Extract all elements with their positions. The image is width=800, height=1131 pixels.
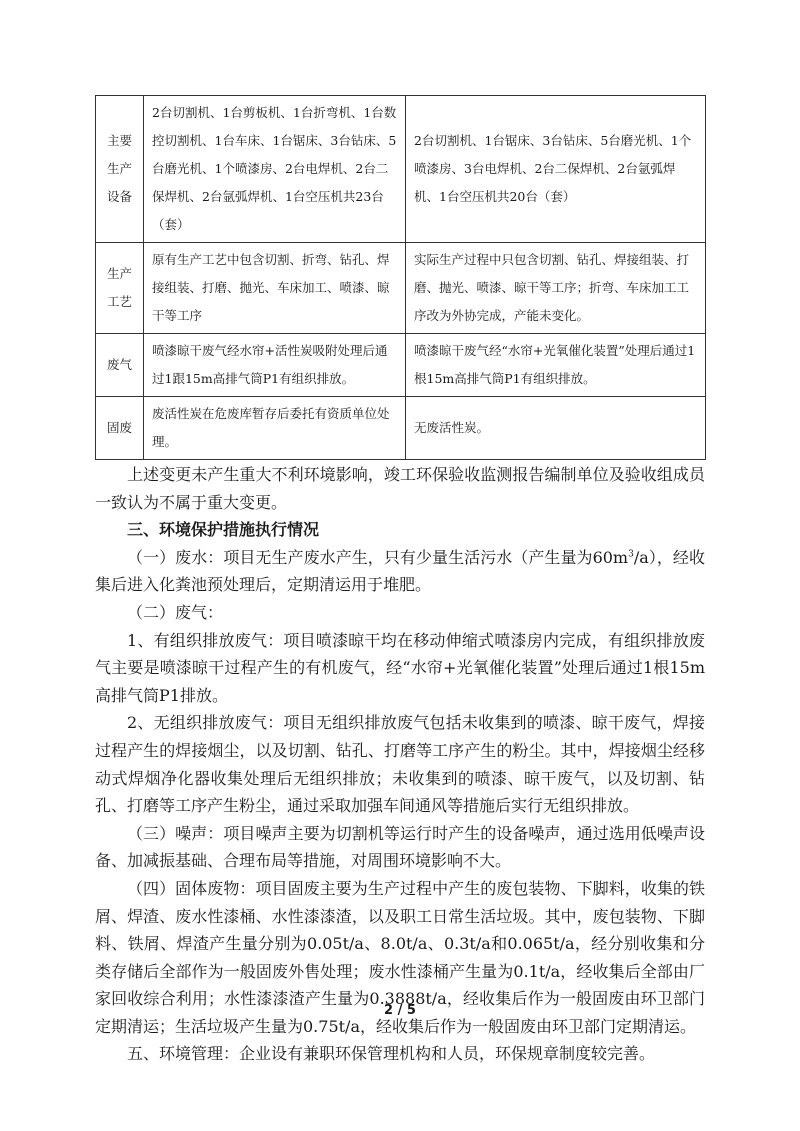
- actual-cell: 2台切割机、1台锯床、3台钻床、5台磨光机、1个喷漆房、3台电焊机、2台二保焊机…: [406, 96, 706, 243]
- label-line: 工艺: [104, 288, 135, 316]
- table-row-process: 生产 工艺 原有生产工艺中包含切割、折弯、钻孔、焊接组装、打磨、抛光、车床加工、…: [96, 243, 706, 334]
- page-indicator: 2 / 5: [0, 1003, 800, 1018]
- table-row-waste-gas: 废气 喷漆晾干废气经水帘+活性炭吸附处理后通过1跟15m高排气筒P1有组织排放。…: [96, 334, 706, 397]
- wastewater-paragraph: （一）废水：项目无生产废水产生，只有少量生活污水（产生量为60m3/a），经收集…: [95, 544, 705, 599]
- actual-cell: 无废活性炭。: [406, 397, 706, 460]
- section-heading: 三、环境保护措施执行情况: [95, 516, 705, 544]
- noise-paragraph: （三）噪声：项目噪声主要为切割机等运行时产生的设备噪声，通过选用低噪声设备、加减…: [95, 820, 705, 875]
- management-paragraph: 五、环境管理：企业设有兼职环保管理机构和人员，环保规章制度较完善。: [95, 1040, 705, 1068]
- actual-cell: 喷漆晾干废气经“水帘+光氧催化装置”处理后通过1根15m高排气筒P1有组织排放。: [406, 334, 706, 397]
- original-cell: 废活性炭在危废库暂存后委托有资质单位处理。: [144, 397, 406, 460]
- original-cell: 2台切割机、1台剪板机、1台折弯机、1台数控切割机、1台车床、1台锯床、3台钻床…: [144, 96, 406, 243]
- original-cell: 喷漆晾干废气经水帘+活性炭吸附处理后通过1跟15m高排气筒P1有组织排放。: [144, 334, 406, 397]
- body-text: 上述变更未产生重大不利环境影响，竣工环保验收监测报告编制单位及验收组成员一致认为…: [95, 461, 705, 1068]
- document-page: 主要 生产 设备 2台切割机、1台剪板机、1台折弯机、1台数控切割机、1台车床、…: [95, 95, 705, 1068]
- conclusion-paragraph: 上述变更未产生重大不利环境影响，竣工环保验收监测报告编制单位及验收组成员一致认为…: [95, 461, 705, 516]
- row-label: 生产 工艺: [96, 243, 144, 334]
- organized-emission-paragraph: 1、有组织排放废气：项目喷漆晾干均在移动伸缩式喷漆房内完成，有组织排放废气主要是…: [95, 627, 705, 710]
- change-comparison-table: 主要 生产 设备 2台切割机、1台剪板机、1台折弯机、1台数控切割机、1台车床、…: [95, 95, 706, 460]
- actual-cell: 实际生产过程中只包含切割、钻孔、焊接组装、打磨、抛光、喷漆、晾干等工序；折弯、车…: [406, 243, 706, 334]
- original-cell: 原有生产工艺中包含切割、折弯、钻孔、焊接组装、打磨、抛光、车床加工、喷漆、晾干等…: [144, 243, 406, 334]
- label-line: 设备: [104, 183, 135, 211]
- row-label: 废气: [96, 334, 144, 397]
- label-line: 生产: [104, 155, 135, 183]
- label-line: 主要: [104, 127, 135, 155]
- waste-gas-heading: （二）废气：: [95, 599, 705, 627]
- row-label: 主要 生产 设备: [96, 96, 144, 243]
- label-line: 生产: [104, 260, 135, 288]
- row-label: 固废: [96, 397, 144, 460]
- table-row-solid-waste: 固废 废活性炭在危废库暂存后委托有资质单位处理。 无废活性炭。: [96, 397, 706, 460]
- wastewater-text: （一）废水：项目无生产废水产生，只有少量生活污水（产生量为60m: [127, 548, 628, 567]
- unorganized-emission-paragraph: 2、无组织排放废气：项目无组织排放废气包括未收集到的喷漆、晾干废气，焊接过程产生…: [95, 709, 705, 819]
- table-row-equipment: 主要 生产 设备 2台切割机、1台剪板机、1台折弯机、1台数控切割机、1台车床、…: [96, 96, 706, 243]
